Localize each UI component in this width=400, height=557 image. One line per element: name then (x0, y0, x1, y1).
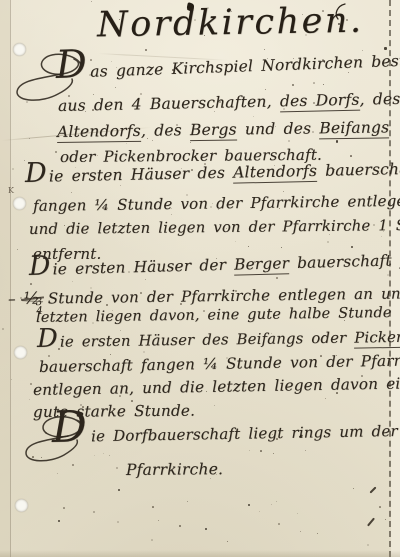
punch-hole (13, 197, 26, 210)
text-line: bauerschaft fangen ¼ Stunde von der Pfar… (39, 351, 400, 376)
underlined-place-name: Beifangs (319, 118, 389, 139)
text-segment: und des (237, 119, 320, 138)
text-segment: Pfarrkirche. (126, 460, 223, 479)
text-line: Pfarrkirche. (126, 460, 223, 479)
text-segment: letzten liegen davon, eine gute halbe St… (36, 304, 400, 326)
text-line: entlegen an, und die letzten liegen davo… (33, 374, 400, 399)
bottom-edge-shadow (0, 550, 400, 557)
punch-hole (14, 346, 27, 359)
right-edge-dashed-line (389, 0, 391, 557)
text-line: und die letzten liegen von der Pfarrkirc… (29, 217, 400, 238)
text-line: aus den 4 Bauerschaften, des Dorfs, des (58, 90, 400, 115)
text-line: letzten liegen davon, eine gute halbe St… (36, 304, 400, 326)
underlined-place-name: Altendorfs (57, 122, 141, 143)
text-segment: , des (141, 121, 190, 140)
underlined-place-name: Bergs (190, 120, 237, 141)
right-page-edge-strip (391, 0, 400, 557)
text-segment: bauerschaft fangen (289, 250, 400, 272)
underlined-place-name: Altendorfs (233, 162, 317, 184)
text-segment: aus den 4 Bauerschaften, (58, 92, 280, 115)
underlined-place-name: Pickenbrocken (354, 328, 400, 349)
text-segment: Die ersten Häuser des (25, 164, 234, 186)
page-title: Nordkirchen. (97, 1, 364, 46)
text-segment: bauerschaft fangen ¼ Stunde von der Pfar… (39, 351, 400, 376)
text-segment: entlegen an, und die letzten liegen davo… (33, 374, 400, 399)
text-segment: Die ersten Häuser des Beifangs oder (37, 330, 355, 351)
scanned-manuscript-page: K Nordkirchen. Das ganze Kirchspiel Nord… (0, 0, 400, 557)
text-segment: fangen ¼ Stunde von der Pfarrkirche entl… (33, 191, 400, 215)
text-segment: Stunde von der Pfarrkirche entlegen an u… (40, 284, 400, 308)
text-segment: Die Dorfbauerschaft liegt rings um der (52, 422, 398, 446)
text-line: fangen ¼ Stunde von der Pfarrkirche entl… (33, 191, 400, 215)
text-line: Altendorfs, des Bergs und des Beifangs (57, 118, 390, 141)
margin-mark: K (8, 186, 14, 195)
left-fold-line (10, 0, 11, 557)
left-edge-shade (0, 0, 10, 557)
underlined-place-name: Berger (234, 254, 289, 275)
text-segment: Das ganze Kirchspiel Nordkirchen besteht (56, 51, 400, 82)
text-segment: , des (359, 90, 400, 109)
punch-hole (15, 499, 28, 512)
text-line: Das ganze Kirchspiel Nordkirchen besteht (56, 51, 400, 82)
text-line: Die ersten Häuser des Beifangs oder Pick… (37, 328, 400, 351)
underlined-place-name: des Dorfs (280, 91, 360, 113)
text-line: Die Dorfbauerschaft liegt rings um der (52, 422, 398, 446)
text-segment: bauerschaft (317, 160, 400, 180)
text-segment: und die letzten liegen von der Pfarrkirc… (29, 217, 400, 238)
